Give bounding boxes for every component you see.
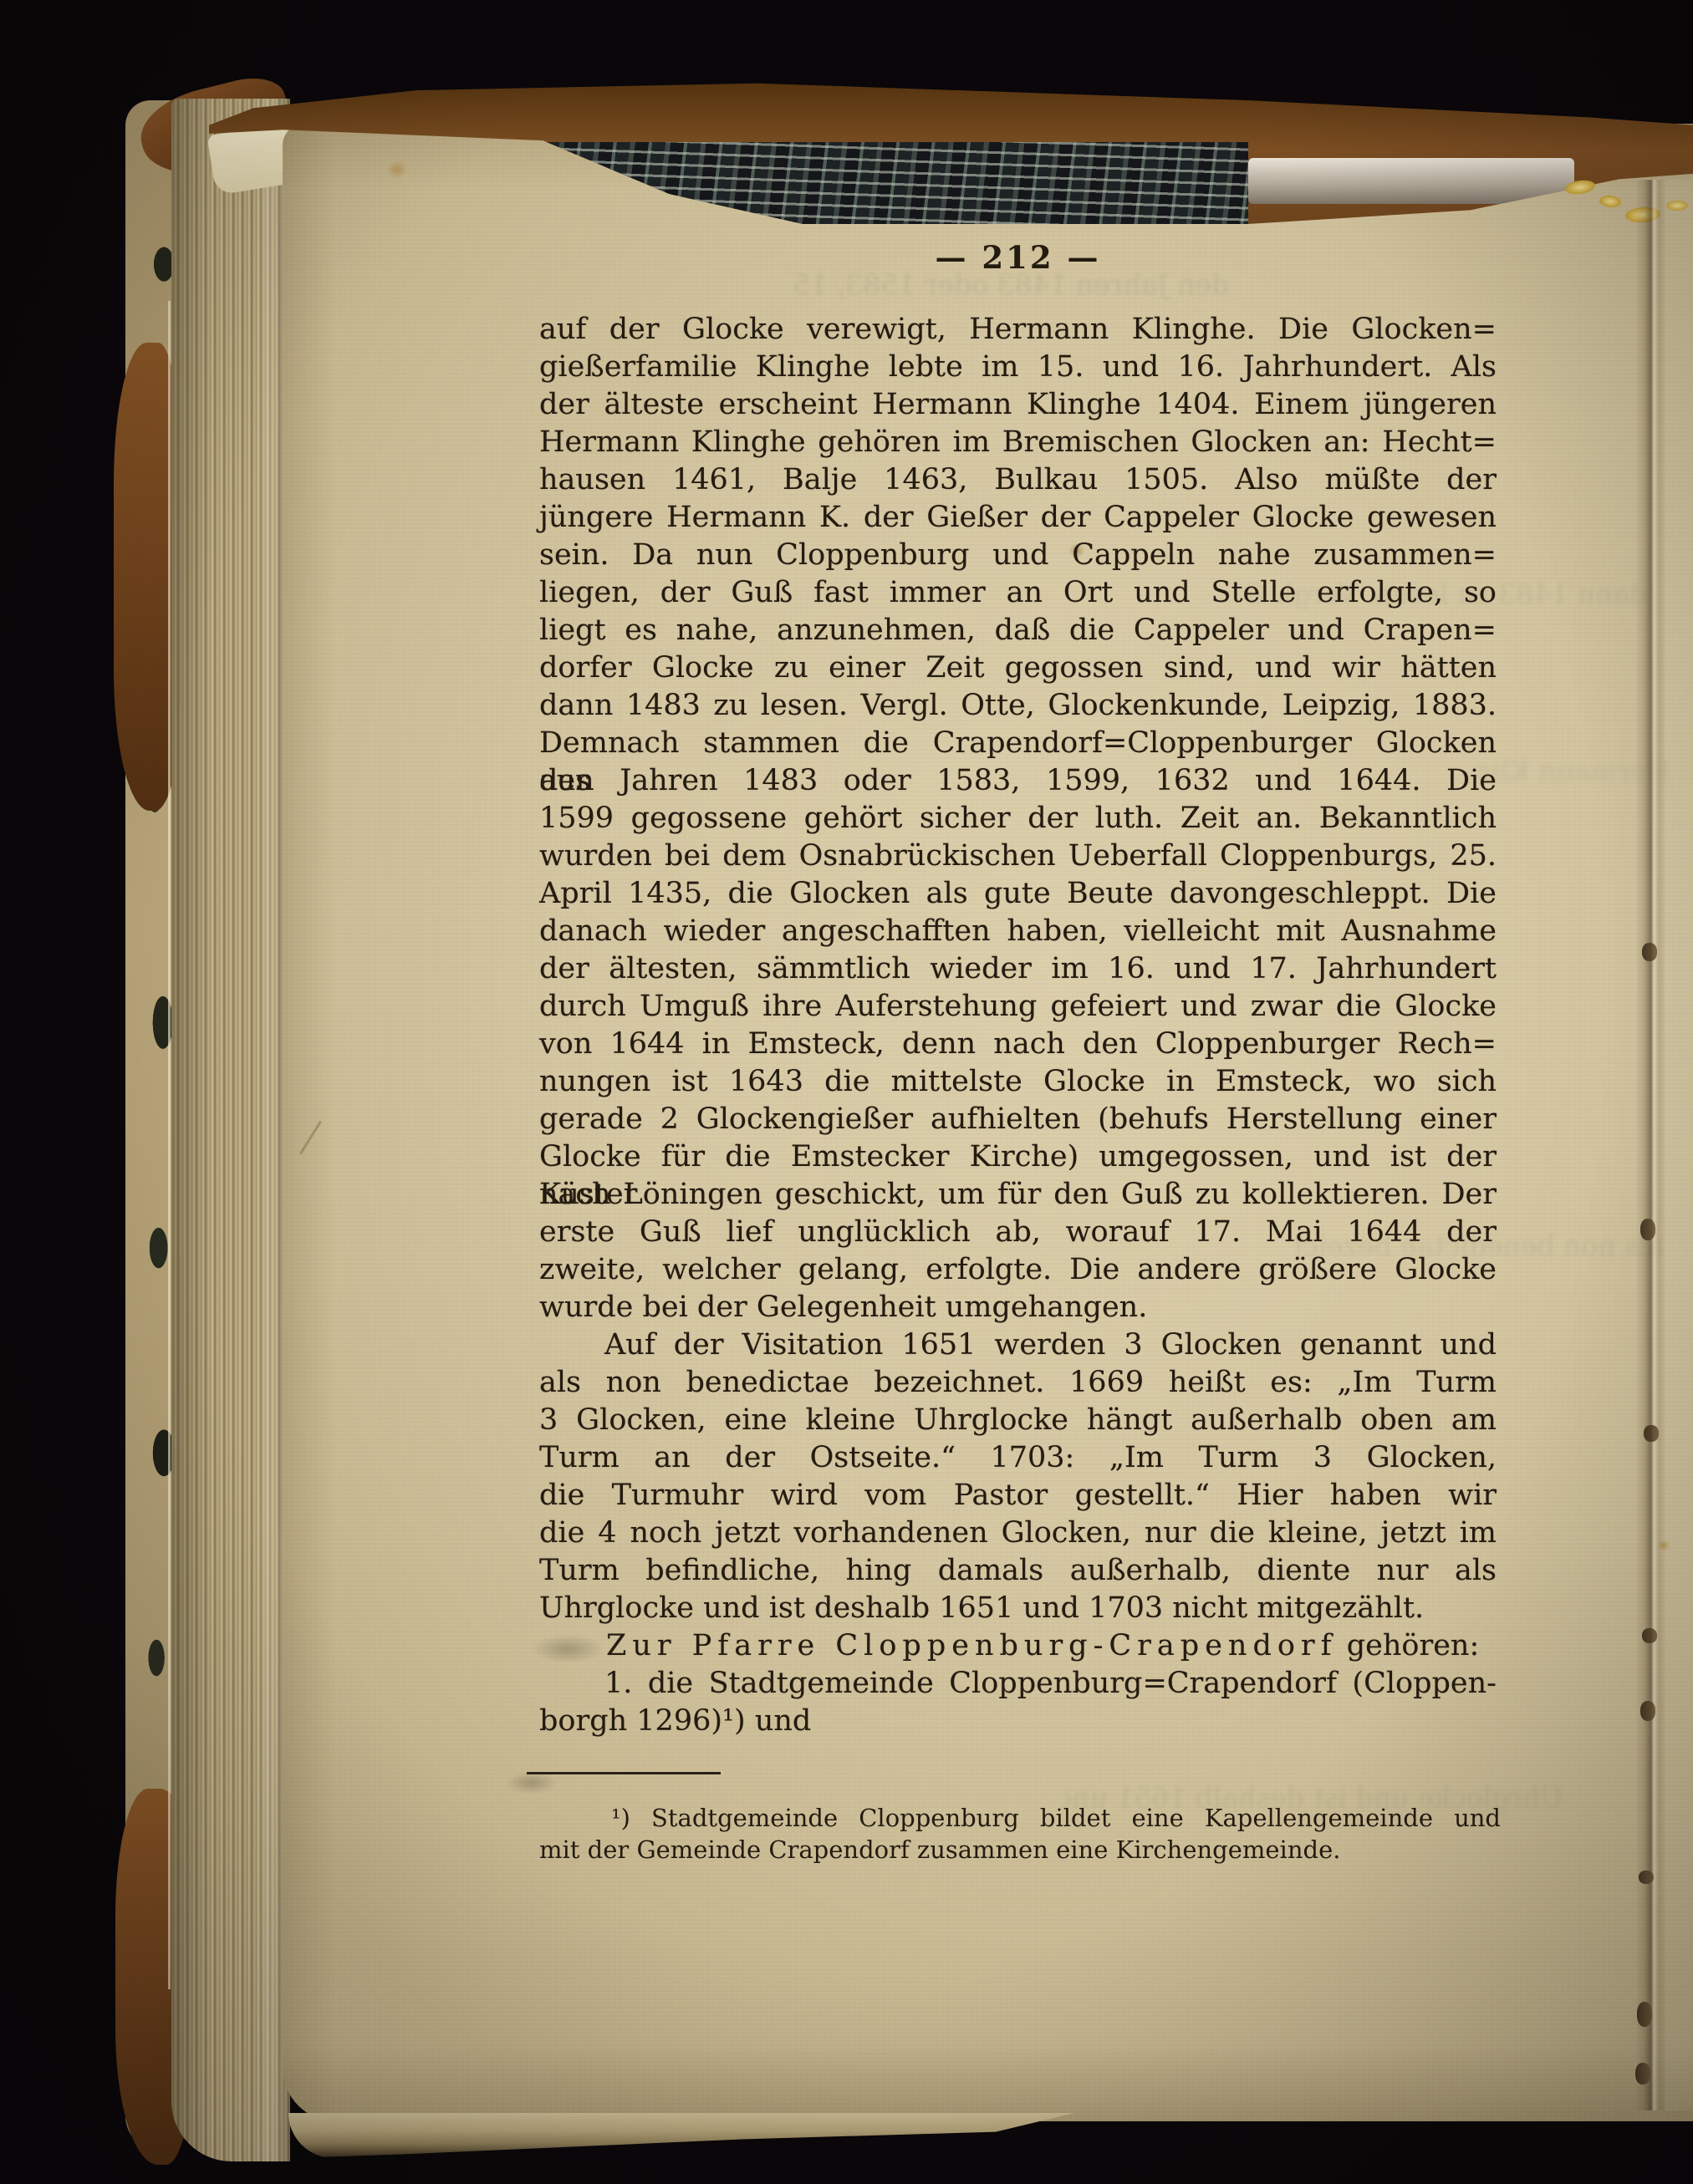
text-line: dann 1483 zu lesen. Vergl. Otte, Glocken…	[539, 687, 1497, 725]
text-line: Demnach stammen die Crapendorf=Cloppenbu…	[539, 725, 1497, 762]
text-line: gießerfamilie Klinghe lebte im 15. und 1…	[539, 349, 1497, 386]
paragraph-1: auf der Glocke verewigt, Hermann Klinghe…	[539, 311, 1497, 1326]
footnote-line: ¹) Stadtgemeinde Cloppenburg bildet eine…	[539, 1802, 1501, 1834]
text-line: Uhrglocke und ist deshalb 1651 und 1703 …	[539, 1590, 1497, 1627]
footnote: ¹) Stadtgemeinde Cloppenburg bildet eine…	[539, 1802, 1501, 1866]
paragraph-2: Auf der Visitation 1651 werden 3 Glocken…	[539, 1326, 1497, 1627]
gutter-crease	[1635, 180, 1665, 2110]
text-block: auf der Glocke verewigt, Hermann Klinghe…	[539, 311, 1497, 1740]
fore-edge-page-stack	[171, 99, 290, 2161]
text-line: sein. Da nun Cloppenburg und Cappeln nah…	[539, 537, 1497, 574]
page-number: — 212 —	[539, 239, 1497, 276]
gutter-page-sliver	[1665, 180, 1693, 2110]
text-line: wurde bei der Gelegenheit umgehangen.	[539, 1289, 1497, 1326]
text-line: den Jahren 1483 oder 1583, 1599, 1632 un…	[539, 762, 1497, 800]
text-line: nach Löningen geschickt, um für den Guß …	[539, 1176, 1497, 1214]
text-line: hausen 1461, Balje 1463, Bulkau 1505. Al…	[539, 461, 1497, 499]
emphasis-rest: gehören:	[1338, 1629, 1480, 1662]
text-line: liegt es nahe, anzunehmen, daß die Cappe…	[539, 612, 1497, 649]
emphasis-text: Zur Pfarre Cloppenburg-Crapendorf	[606, 1629, 1338, 1662]
text-line: die Turmuhr wird vom Pastor gestellt.“ H…	[539, 1477, 1497, 1515]
text-line: Glocke für die Emstecker Kirche) umgegos…	[539, 1138, 1497, 1176]
stitch-mark	[1635, 2063, 1650, 2085]
text-line: als non benedictae bezeichnet. 1669 heiß…	[539, 1364, 1497, 1402]
bottom-page-edges	[288, 2113, 1074, 2158]
text-line: danach wieder angeschafften haben, viell…	[539, 913, 1497, 950]
fore-edge-highlight	[168, 301, 171, 1989]
text-line: von 1644 in Emsteck, denn nach den Clopp…	[539, 1026, 1497, 1063]
paragraph-4: 1. die Stadtgemeinde Cloppenburg=Crapend…	[539, 1665, 1497, 1740]
text-line: durch Umguß ihre Auferstehung gefeiert u…	[539, 988, 1497, 1026]
text-line: 3 Glocken, eine kleine Uhrglocke hängt a…	[539, 1402, 1497, 1439]
text-line: 1. die Stadtgemeinde Cloppenburg=Crapend…	[539, 1665, 1497, 1703]
text-line: wurden bei dem Osnabrückischen Ueberfall…	[539, 837, 1497, 875]
text-line: auf der Glocke verewigt, Hermann Klinghe…	[539, 311, 1497, 349]
paper-stain	[386, 160, 408, 179]
ink-smudge	[507, 1772, 557, 1794]
text-line: 1599 gegossene gehört sicher der luth. Z…	[539, 800, 1497, 837]
text-line: zweite, welcher gelang, erfolgte. Die an…	[539, 1251, 1497, 1289]
text-line: der ältesten, sämmtlich wieder im 16. un…	[539, 950, 1497, 988]
text-line: Turm befindliche, hing damals außerhalb,…	[539, 1552, 1497, 1590]
stitch-mark	[1639, 1871, 1654, 1884]
emphasis-line: Zur Pfarre Cloppenburg-Crapendorf gehöre…	[539, 1627, 1497, 1665]
footnote-line: mit der Gemeinde Crapendorf zusammen ein…	[539, 1834, 1501, 1866]
text-line: erste Guß lief unglücklich ab, worauf 17…	[539, 1214, 1497, 1251]
silver-streak	[1248, 158, 1575, 205]
text-line: jüngere Hermann K. der Gießer der Cappel…	[539, 499, 1497, 537]
stitch-mark	[1642, 1628, 1657, 1643]
stitch-mark	[1644, 1425, 1659, 1442]
stitch-mark	[1640, 1701, 1655, 1721]
text-line: borgh 1296)¹) und	[539, 1703, 1497, 1740]
text-line: nungen ist 1643 die mittelste Glocke in …	[539, 1063, 1497, 1101]
text-line: Turm an der Ostseite.“ 1703: „Im Turm 3 …	[539, 1439, 1497, 1477]
text-line: dorfer Glocke zu einer Zeit gegossen sin…	[539, 649, 1497, 687]
footnote-rule	[527, 1772, 721, 1774]
stitch-mark	[1637, 2002, 1652, 2027]
text-line: gerade 2 Glockengießer aufhielten (behuf…	[539, 1101, 1497, 1138]
stitch-mark	[1640, 1219, 1655, 1240]
text-line: April 1435, die Glocken als gute Beute d…	[539, 875, 1497, 913]
stitch-mark	[1642, 943, 1657, 961]
text-line: liegen, der Guß fast immer an Ort und St…	[539, 574, 1497, 612]
text-line: der älteste erscheint Hermann Klinghe 14…	[539, 386, 1497, 424]
text-line: Hermann Klinghe gehören im Bremischen Gl…	[539, 424, 1497, 461]
text-line: Auf der Visitation 1651 werden 3 Glocken…	[539, 1326, 1497, 1364]
text-line: die 4 noch jetzt vorhandenen Glocken, nu…	[539, 1515, 1497, 1552]
